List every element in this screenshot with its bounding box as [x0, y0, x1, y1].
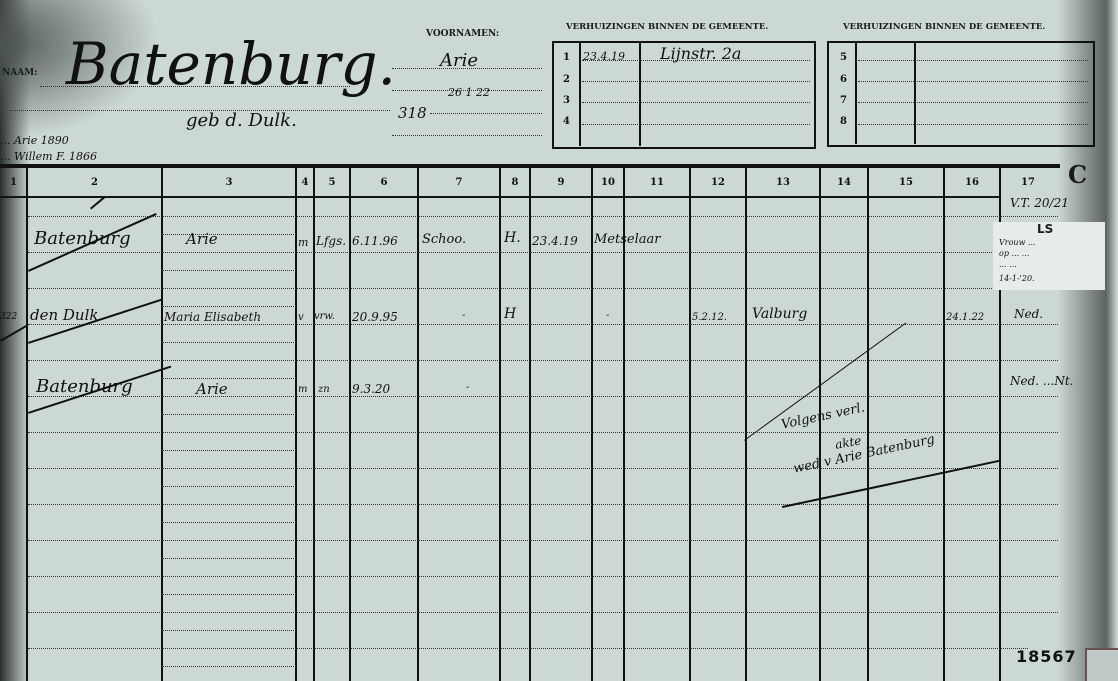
moves-line: [858, 60, 1088, 61]
ref-number: 318: [398, 104, 427, 122]
row1-occupation: Metselaar: [594, 232, 660, 247]
move-num-2: 2: [563, 74, 570, 85]
surname-note: geb d. Dulk.: [186, 110, 297, 131]
moves-box-right: [827, 41, 1095, 147]
row-rule: [28, 576, 1058, 577]
row-subrule: [162, 486, 296, 487]
moves-line: [858, 81, 1088, 82]
stamp-line-2: op ... ...: [999, 249, 1029, 258]
col-line: [417, 166, 419, 681]
row2-relation: vrw.: [314, 311, 335, 322]
moves-divider: [639, 42, 641, 146]
row2-religion: H: [504, 306, 516, 322]
row-subrule: [162, 630, 296, 631]
col-line: [745, 166, 747, 681]
voornamen-line-3: [430, 113, 542, 114]
row1-relation: Lfgs.: [316, 234, 346, 248]
row2-prefix: 322: [0, 312, 17, 322]
row-subrule: [162, 378, 296, 379]
row-subrule: [162, 414, 296, 415]
row1-date-col9: 23.4.19: [532, 234, 578, 248]
strike-line: [90, 196, 105, 209]
row3-birth-date: 9.3.20: [352, 382, 390, 396]
col-line: [26, 166, 28, 681]
moves-divider: [855, 42, 857, 144]
col-line: [161, 166, 163, 681]
col-header-15: 15: [868, 168, 944, 196]
row-subrule: [162, 558, 296, 559]
stamp-initials: LS: [1037, 222, 1053, 236]
moves-line: [858, 124, 1088, 125]
voornamen-line-4: [392, 135, 542, 136]
col-header-5: 5: [314, 168, 350, 196]
row-subrule: [162, 306, 296, 307]
row2-col16: 24.1.22: [946, 312, 984, 323]
col-header-11: 11: [624, 168, 690, 196]
row1-religion: H.: [504, 230, 521, 246]
row1-col17: V.T. 20/21: [1010, 196, 1069, 210]
col-header-17: 17: [1000, 168, 1056, 196]
moves-line: [858, 102, 1088, 103]
row-rule: [28, 288, 1058, 289]
voornamen-label: VOORNAMEN:: [426, 29, 499, 39]
moves-divider: [914, 42, 916, 144]
ref-date: 26 1 22: [448, 86, 490, 99]
col-header-12: 12: [690, 168, 746, 196]
row2-col12: 5.2.12.: [692, 312, 727, 323]
stamp-line-1: Vrouw ...: [999, 238, 1036, 247]
row-subrule: [162, 594, 296, 595]
col-line: [591, 166, 593, 681]
row-rule: [28, 396, 1058, 397]
move-num-7: 7: [840, 95, 847, 106]
row2-occupation: -: [606, 310, 609, 321]
row1-sex: m: [298, 236, 308, 249]
row-subrule: [162, 270, 296, 271]
row1-birth-place: Schoo.: [422, 232, 466, 247]
col-header-1: 1: [0, 168, 27, 196]
row-subrule: [162, 666, 296, 667]
row-rule: [28, 540, 1058, 541]
move-num-6: 6: [840, 74, 847, 85]
row-rule: [28, 468, 1058, 469]
card-number: 18567: [1016, 647, 1077, 666]
move-num-3: 3: [563, 95, 570, 106]
registration-card: NAAM: Batenburg. geb d. Dulk. ... Arie 1…: [0, 0, 1118, 681]
row3-given: Arie: [196, 380, 228, 398]
moves-header-right: VERHUIZINGEN BINNEN DE GEMEENTE.: [843, 22, 1045, 32]
col-line: [943, 166, 945, 681]
move-1-date: 23.4.19: [583, 50, 625, 63]
row-subrule: [162, 450, 296, 451]
adjacent-card-thumbnail: [1085, 648, 1118, 681]
row-subrule: [162, 234, 296, 235]
col-header-7: 7: [418, 168, 500, 196]
surname-underline: [40, 86, 350, 87]
row2-sex: v: [298, 312, 304, 323]
row-rule: [28, 216, 1058, 217]
row-rule: [28, 432, 1058, 433]
row-rule: [28, 360, 1058, 361]
move-num-1: 1: [563, 52, 570, 63]
stamp-line-3: ... ...: [999, 260, 1017, 269]
margin-note-1: ... Arie 1890: [0, 134, 69, 147]
corner-letter: C: [1068, 160, 1087, 189]
row3-birth-place: -: [466, 382, 469, 393]
col-header-13: 13: [746, 168, 820, 196]
row-rule: [28, 648, 1028, 649]
col-line: [867, 166, 869, 681]
row3-sex: m: [298, 384, 307, 395]
col-header-8: 8: [500, 168, 530, 196]
col-header-2: 2: [27, 168, 162, 196]
moves-line: [582, 81, 810, 82]
col-header-6: 6: [350, 168, 418, 196]
surname-label: NAAM:: [2, 68, 37, 78]
margin-note-2: ... Willem F. 1866: [0, 150, 97, 163]
col-header-16: 16: [944, 168, 1000, 196]
col-line: [313, 166, 315, 681]
row-rule: [28, 612, 1058, 613]
row2-birth-date: 20.9.95: [352, 310, 398, 324]
row-rule: [28, 504, 1058, 505]
move-num-4: 4: [563, 116, 570, 127]
col-header-4: 4: [296, 168, 314, 196]
row3-relation: zn: [318, 384, 330, 395]
row1-birth-date: 6.11.96: [352, 234, 398, 248]
stamp-line-4: 14-1-'20.: [999, 274, 1035, 283]
row-rule: [28, 252, 1058, 253]
col-header-9: 9: [530, 168, 592, 196]
move-1-address: Lijnstr. 2a: [660, 44, 741, 63]
row1-given: Arie: [186, 230, 218, 248]
moves-header-left: VERHUIZINGEN BINNEN DE GEMEENTE.: [566, 22, 768, 32]
col-header-14: 14: [820, 168, 868, 196]
row2-given: Maria Elisabeth: [164, 310, 261, 324]
voornamen-line-1: [392, 68, 542, 69]
move-num-8: 8: [840, 116, 847, 127]
annotation-line3: wed v Arie Batenburg: [792, 432, 936, 477]
col-header-10: 10: [592, 168, 624, 196]
row2-col17: Ned.: [1014, 307, 1043, 321]
col-line: [499, 166, 501, 681]
col-line: [349, 166, 351, 681]
col-line: [295, 166, 297, 681]
row-subrule: [162, 522, 296, 523]
pasted-note: LS Vrouw ... op ... ... ... ... 14-1-'20…: [993, 222, 1105, 290]
moves-divider: [579, 42, 581, 146]
col-header-3: 3: [162, 168, 296, 196]
moves-line: [582, 124, 810, 125]
row2-col13: Valburg: [752, 306, 807, 322]
move-num-5: 5: [840, 52, 847, 63]
col-line: [689, 166, 691, 681]
surname: Batenburg.: [66, 30, 396, 98]
moves-line: [582, 102, 810, 103]
col-line: [529, 166, 531, 681]
row-subrule: [162, 342, 296, 343]
row2-birth-place: -: [462, 310, 465, 321]
row3-col17: Ned. ...Nt.: [1010, 374, 1074, 388]
